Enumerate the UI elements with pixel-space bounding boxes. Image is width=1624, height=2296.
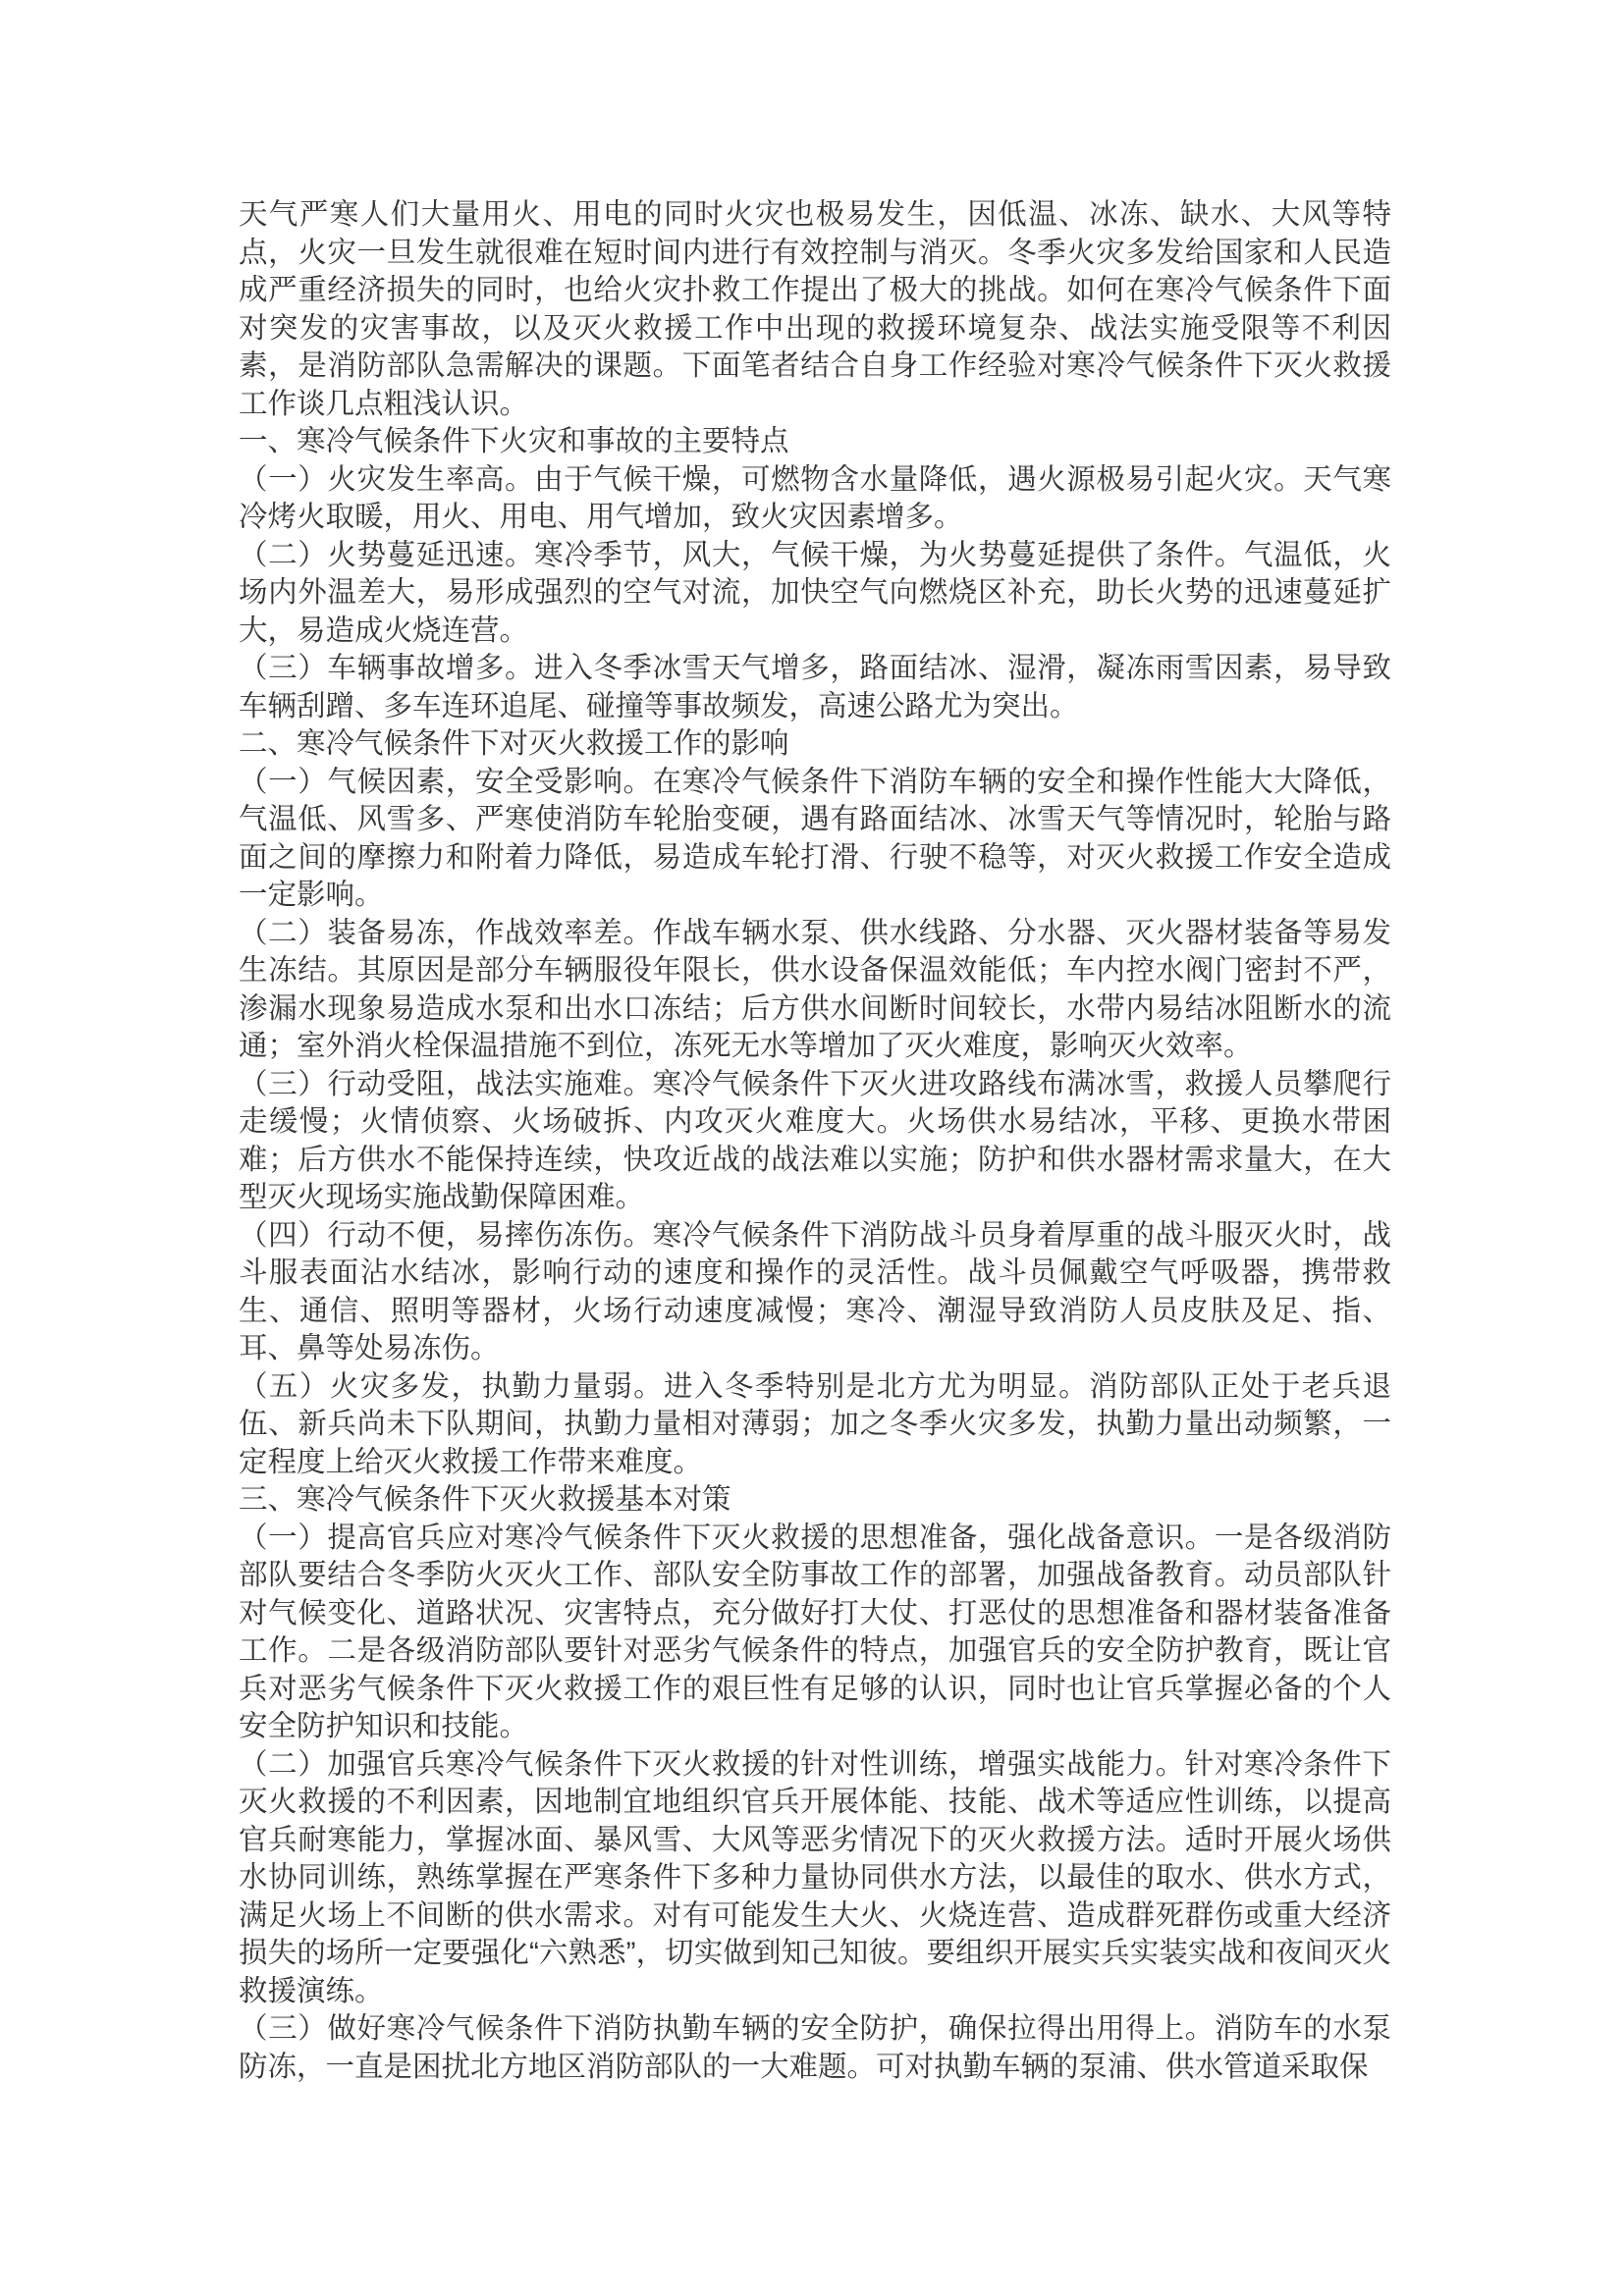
paragraph: （三）车辆事故增多。进入冬季冰雪天气增多，路面结冰、湿滑，凝冻雨雪因素，易导致车… <box>239 650 1391 725</box>
document-text-block: 天气严寒人们大量用火、用电的同时火灾也极易发生，因低温、冰冻、缺水、大风等特点，… <box>239 196 1391 2086</box>
paragraph: （二）加强官兵寒冷气候条件下灭火救援的针对性训练，增强实战能力。针对寒冷条件下灭… <box>239 1746 1391 2011</box>
section-heading: 二、寒冷气候条件下对灭火救援工作的影响 <box>239 725 1391 764</box>
document-page: 天气严寒人们大量用火、用电的同时火灾也极易发生，因低温、冰冻、缺水、大风等特点，… <box>0 0 1624 2296</box>
paragraph: （五）火灾多发，执勤力量弱。进入冬季特别是北方尤为明显。消防部队正处于老兵退伍、… <box>239 1368 1391 1482</box>
section-heading: 一、寒冷气候条件下火灾和事故的主要特点 <box>239 423 1391 461</box>
paragraph: 天气严寒人们大量用火、用电的同时火灾也极易发生，因低温、冰冻、缺水、大风等特点，… <box>239 196 1391 423</box>
section-heading: 三、寒冷气候条件下灭火救援基本对策 <box>239 1481 1391 1520</box>
paragraph: （二）装备易冻，作战效率差。作战车辆水泵、供水线路、分水器、灭火器材装备等易发生… <box>239 915 1391 1066</box>
paragraph: （三）行动受阻，战法实施难。寒冷气候条件下灭火进攻路线布满冰雪，救援人员攀爬行走… <box>239 1066 1391 1217</box>
paragraph: （三）做好寒冷气候条件下消防执勤车辆的安全防护，确保拉得出用得上。消防车的水泵防… <box>239 2010 1391 2086</box>
paragraph: （四）行动不便，易摔伤冻伤。寒冷气候条件下消防战斗员身着厚重的战斗服灭火时，战斗… <box>239 1217 1391 1368</box>
paragraph: （一）提高官兵应对寒冷气候条件下灭火救援的思想准备，强化战备意识。一是各级消防部… <box>239 1520 1391 1746</box>
paragraph: （一）火灾发生率高。由于气候干燥，可燃物含水量降低，遇火源极易引起火灾。天气寒冷… <box>239 461 1391 537</box>
paragraph: （一）气候因素，安全受影响。在寒冷气候条件下消防车辆的安全和操作性能大大降低，气… <box>239 764 1391 915</box>
paragraph: （二）火势蔓延迅速。寒冷季节，风大，气候干燥，为火势蔓延提供了条件。气温低，火场… <box>239 537 1391 651</box>
